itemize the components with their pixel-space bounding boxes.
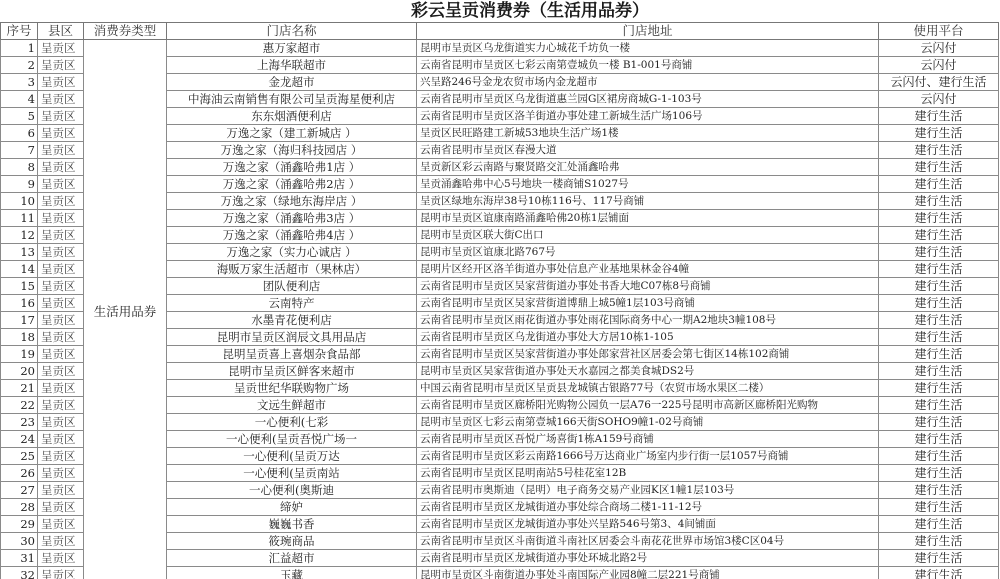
- row-platform: 建行生活: [879, 431, 999, 448]
- row-seq: 14: [1, 261, 38, 278]
- row-store-address: 昆明片区经开区洛羊街道办事处信息产业基地果林金谷4幢: [417, 261, 879, 278]
- header-store-address: 门店地址: [417, 23, 879, 40]
- row-store-name: 水墨青花便利店: [167, 312, 417, 329]
- row-seq: 16: [1, 295, 38, 312]
- row-store-address: 云南省昆明市呈贡区洛羊街道办事处建工新城生活广场106号: [417, 108, 879, 125]
- row-store-name: 呈贡世纪华联购物广场: [167, 380, 417, 397]
- row-platform: 建行生活: [879, 448, 999, 465]
- row-platform: 建行生活: [879, 312, 999, 329]
- header-row: 序号 县区 消费券类型 门店名称 门店地址 使用平台: [1, 23, 999, 40]
- row-platform: 云闪付、建行生活: [879, 74, 999, 91]
- row-seq: 19: [1, 346, 38, 363]
- row-platform: 云闪付: [879, 57, 999, 74]
- row-store-name: 东东烟酒便利店: [167, 108, 417, 125]
- row-platform: 建行生活: [879, 397, 999, 414]
- row-platform: 建行生活: [879, 142, 999, 159]
- row-store-name: 昆明市呈贡区鲜客来超市: [167, 363, 417, 380]
- row-store-name: 一心便利(七彩: [167, 414, 417, 431]
- row-seq: 5: [1, 108, 38, 125]
- row-store-address: 云南省昆明市呈贡区斗南街道斗南社区居委会斗南花花世界市场馆3楼C区04号: [417, 533, 879, 550]
- row-store-address: 云南省昆明市呈贡区龙城街道办事处兴呈路546号第3、4间铺面: [417, 516, 879, 533]
- row-store-name: 一心便利(呈贡吾悦广场一: [167, 431, 417, 448]
- row-county: 呈贡区: [38, 533, 84, 550]
- row-seq: 20: [1, 363, 38, 380]
- row-store-address: 云南省昆明市呈贡区乌龙街道惠兰园G区裙房商城G-1-103号: [417, 91, 879, 108]
- row-store-name: 筱琬商品: [167, 533, 417, 550]
- row-seq: 26: [1, 465, 38, 482]
- row-platform: 建行生活: [879, 363, 999, 380]
- row-store-address: 昆明市呈贡区斗南街道办事处斗南国际产业园8幢二层221号商铺: [417, 567, 879, 579]
- row-store-name: 海贩万家生活超市（果林店）: [167, 261, 417, 278]
- row-store-name: 一心便利(呈贡万达: [167, 448, 417, 465]
- row-platform: 建行生活: [879, 176, 999, 193]
- row-store-address: 云南省昆明市呈贡区吴家营街道博鼎上城5幢1层103号商铺: [417, 295, 879, 312]
- row-store-name: 缔妒: [167, 499, 417, 516]
- voucher-type-cell: 生活用品券: [84, 40, 167, 579]
- row-platform: 建行生活: [879, 244, 999, 261]
- row-store-name: 一心便利(奥斯迪: [167, 482, 417, 499]
- row-store-address: 云南省昆明市奥斯迪（昆明）电子商务交易产业园K区1幢1层103号: [417, 482, 879, 499]
- row-store-address: 昆明市呈贡区吴家营街道办事处天水嘉园之都美食城DS2号: [417, 363, 879, 380]
- row-store-address: 云南省昆明市呈贡区龙城街道办事处环城北路2号: [417, 550, 879, 567]
- row-store-address: 云南省昆明市呈贡区廊桥阳光购物公园负一层A76一225号昆明市高新区廊桥阳光购物: [417, 397, 879, 414]
- table-body: 1呈贡区生活用品券惠万家超市昆明市呈贡区乌龙街道实力心城花千坊负一楼云闪付2呈贡…: [1, 40, 999, 579]
- row-store-name: 金龙超市: [167, 74, 417, 91]
- row-county: 呈贡区: [38, 108, 84, 125]
- row-platform: 云闪付: [879, 40, 999, 57]
- row-store-name: 万逸之家（涌鑫哈弗4店 ）: [167, 227, 417, 244]
- row-store-address: 呈贡区绿地东海岸38号10栋116号、117号商铺: [417, 193, 879, 210]
- row-seq: 15: [1, 278, 38, 295]
- row-county: 呈贡区: [38, 516, 84, 533]
- row-store-address: 中国云南省昆明市呈贡区呈贡县龙城镇古银路77号（农贸市场水果区二楼）: [417, 380, 879, 397]
- row-seq: 1: [1, 40, 38, 57]
- row-platform: 建行生活: [879, 210, 999, 227]
- row-county: 呈贡区: [38, 499, 84, 516]
- row-county: 呈贡区: [38, 312, 84, 329]
- table-row: 1呈贡区生活用品券惠万家超市昆明市呈贡区乌龙街道实力心城花千坊负一楼云闪付: [1, 40, 999, 57]
- row-store-name: 玉藏: [167, 567, 417, 579]
- row-platform: 建行生活: [879, 227, 999, 244]
- row-store-name: 万逸之家（涌鑫哈弗1店 ）: [167, 159, 417, 176]
- row-store-name: 一心便利(呈贡南站: [167, 465, 417, 482]
- header-county: 县区: [38, 23, 84, 40]
- row-seq: 10: [1, 193, 38, 210]
- row-county: 呈贡区: [38, 244, 84, 261]
- row-seq: 22: [1, 397, 38, 414]
- row-store-address: 云南省昆明市呈贡区彩云南路1666号万达商业广场室内步行街一层1057号商铺: [417, 448, 879, 465]
- row-county: 呈贡区: [38, 363, 84, 380]
- row-county: 呈贡区: [38, 210, 84, 227]
- row-county: 呈贡区: [38, 397, 84, 414]
- row-store-name: 云南特产: [167, 295, 417, 312]
- row-store-address: 云南省昆明市呈贡区吾悦广场喜街1栋A159号商铺: [417, 431, 879, 448]
- row-county: 呈贡区: [38, 414, 84, 431]
- row-county: 呈贡区: [38, 91, 84, 108]
- row-seq: 28: [1, 499, 38, 516]
- row-county: 呈贡区: [38, 40, 84, 57]
- row-store-address: 云南省昆明市呈贡区昆明南站5号桂花室12B: [417, 465, 879, 482]
- row-county: 呈贡区: [38, 482, 84, 499]
- row-store-name: 万逸之家（海归科技园店 ）: [167, 142, 417, 159]
- row-platform: 云闪付: [879, 91, 999, 108]
- row-store-address: 兴呈路246号金龙农贸市场内金龙超市: [417, 74, 879, 91]
- row-county: 呈贡区: [38, 329, 84, 346]
- row-store-name: 惠万家超市: [167, 40, 417, 57]
- row-county: 呈贡区: [38, 346, 84, 363]
- row-platform: 建行生活: [879, 380, 999, 397]
- header-voucher-type: 消费券类型: [84, 23, 167, 40]
- row-store-address: 昆明市呈贡区谊康北路767号: [417, 244, 879, 261]
- header-seq: 序号: [1, 23, 38, 40]
- row-county: 呈贡区: [38, 448, 84, 465]
- row-seq: 25: [1, 448, 38, 465]
- row-platform: 建行生活: [879, 482, 999, 499]
- row-platform: 建行生活: [879, 346, 999, 363]
- row-county: 呈贡区: [38, 57, 84, 74]
- row-store-name: 巍巍书香: [167, 516, 417, 533]
- row-platform: 建行生活: [879, 193, 999, 210]
- row-county: 呈贡区: [38, 431, 84, 448]
- row-county: 呈贡区: [38, 159, 84, 176]
- row-county: 呈贡区: [38, 193, 84, 210]
- header-platform: 使用平台: [879, 23, 999, 40]
- row-seq: 31: [1, 550, 38, 567]
- row-store-name: 上海华联超市: [167, 57, 417, 74]
- row-store-address: 云南省昆明市呈贡区七彩云南第壹城负一楼 B1-001号商铺: [417, 57, 879, 74]
- row-seq: 3: [1, 74, 38, 91]
- row-store-address: 昆明市呈贡区谊康南路涌鑫哈佛20栋1层铺面: [417, 210, 879, 227]
- row-seq: 32: [1, 567, 38, 579]
- row-seq: 23: [1, 414, 38, 431]
- row-county: 呈贡区: [38, 227, 84, 244]
- row-county: 呈贡区: [38, 550, 84, 567]
- row-platform: 建行生活: [879, 125, 999, 142]
- row-store-address: 昆明市呈贡区七彩云南第壹城166天街SOHO9幢1-02号商铺: [417, 414, 879, 431]
- row-platform: 建行生活: [879, 295, 999, 312]
- row-store-name: 汇益超市: [167, 550, 417, 567]
- row-platform: 建行生活: [879, 533, 999, 550]
- row-seq: 7: [1, 142, 38, 159]
- row-seq: 6: [1, 125, 38, 142]
- row-seq: 8: [1, 159, 38, 176]
- row-county: 呈贡区: [38, 74, 84, 91]
- page-title: 彩云呈贡消费券（生活用品券）: [0, 0, 1000, 22]
- row-store-name: 团队便利店: [167, 278, 417, 295]
- row-seq: 9: [1, 176, 38, 193]
- row-store-address: 云南省昆明市呈贡区乌龙街道办事处大方居10栋1-105: [417, 329, 879, 346]
- row-store-address: 呈贡涌鑫哈弗中心5号地块一楼商铺S1027号: [417, 176, 879, 193]
- row-seq: 17: [1, 312, 38, 329]
- row-store-address: 呈贡新区彩云南路与聚贤路交汇处涌鑫哈弗: [417, 159, 879, 176]
- row-store-name: 万逸之家（绿地东海岸店 ）: [167, 193, 417, 210]
- row-county: 呈贡区: [38, 176, 84, 193]
- row-platform: 建行生活: [879, 465, 999, 482]
- row-store-address: 呈贡区民旺路建工新城53地块生活广场1楼: [417, 125, 879, 142]
- row-store-name: 昆明市呈贡区润辰文具用品店: [167, 329, 417, 346]
- row-seq: 29: [1, 516, 38, 533]
- row-county: 呈贡区: [38, 278, 84, 295]
- row-county: 呈贡区: [38, 380, 84, 397]
- row-county: 呈贡区: [38, 465, 84, 482]
- row-county: 呈贡区: [38, 261, 84, 278]
- row-store-address: 云南省昆明市呈贡区吴家营街道办事处郎家营社区居委会第七街区14栋102商铺: [417, 346, 879, 363]
- row-platform: 建行生活: [879, 414, 999, 431]
- row-county: 呈贡区: [38, 295, 84, 312]
- row-seq: 24: [1, 431, 38, 448]
- row-platform: 建行生活: [879, 329, 999, 346]
- row-seq: 4: [1, 91, 38, 108]
- row-store-address: 云南省昆明市呈贡区春漫大道: [417, 142, 879, 159]
- row-seq: 21: [1, 380, 38, 397]
- row-seq: 12: [1, 227, 38, 244]
- row-store-name: 万逸之家（涌鑫哈弗2店 ）: [167, 176, 417, 193]
- row-county: 呈贡区: [38, 567, 84, 579]
- row-county: 呈贡区: [38, 125, 84, 142]
- header-store-name: 门店名称: [167, 23, 417, 40]
- row-seq: 30: [1, 533, 38, 550]
- row-platform: 建行生活: [879, 159, 999, 176]
- row-store-address: 云南省昆明市呈贡区吴家营街道办事处书香大地C07栋8号商铺: [417, 278, 879, 295]
- row-platform: 建行生活: [879, 261, 999, 278]
- row-platform: 建行生活: [879, 567, 999, 579]
- row-platform: 建行生活: [879, 516, 999, 533]
- row-seq: 13: [1, 244, 38, 261]
- row-seq: 18: [1, 329, 38, 346]
- row-platform: 建行生活: [879, 550, 999, 567]
- row-store-name: 昆明呈贡喜上喜烟杂食品部: [167, 346, 417, 363]
- row-store-name: 文远生鲜超市: [167, 397, 417, 414]
- row-store-address: 昆明市呈贡区乌龙街道实力心城花千坊负一楼: [417, 40, 879, 57]
- row-store-name: 万逸之家（涌鑫哈弗3店 ）: [167, 210, 417, 227]
- row-store-name: 中海油云南销售有限公司呈贡海星便利店: [167, 91, 417, 108]
- row-platform: 建行生活: [879, 499, 999, 516]
- row-store-address: 云南省昆明市呈贡区龙城街道办事处综合商场二楼1-11-12号: [417, 499, 879, 516]
- row-seq: 2: [1, 57, 38, 74]
- row-county: 呈贡区: [38, 142, 84, 159]
- store-table: 序号 县区 消费券类型 门店名称 门店地址 使用平台 1呈贡区生活用品券惠万家超…: [0, 22, 999, 579]
- row-seq: 11: [1, 210, 38, 227]
- row-seq: 27: [1, 482, 38, 499]
- row-store-address: 昆明市呈贡区联大街C出口: [417, 227, 879, 244]
- row-store-name: 万逸之家（建工新城店 ）: [167, 125, 417, 142]
- row-store-address: 云南省昆明市呈贡区雨花街道办事处雨花国际商务中心一期A2地块3幢108号: [417, 312, 879, 329]
- row-store-name: 万逸之家（实力心诚店 ）: [167, 244, 417, 261]
- row-platform: 建行生活: [879, 108, 999, 125]
- row-platform: 建行生活: [879, 278, 999, 295]
